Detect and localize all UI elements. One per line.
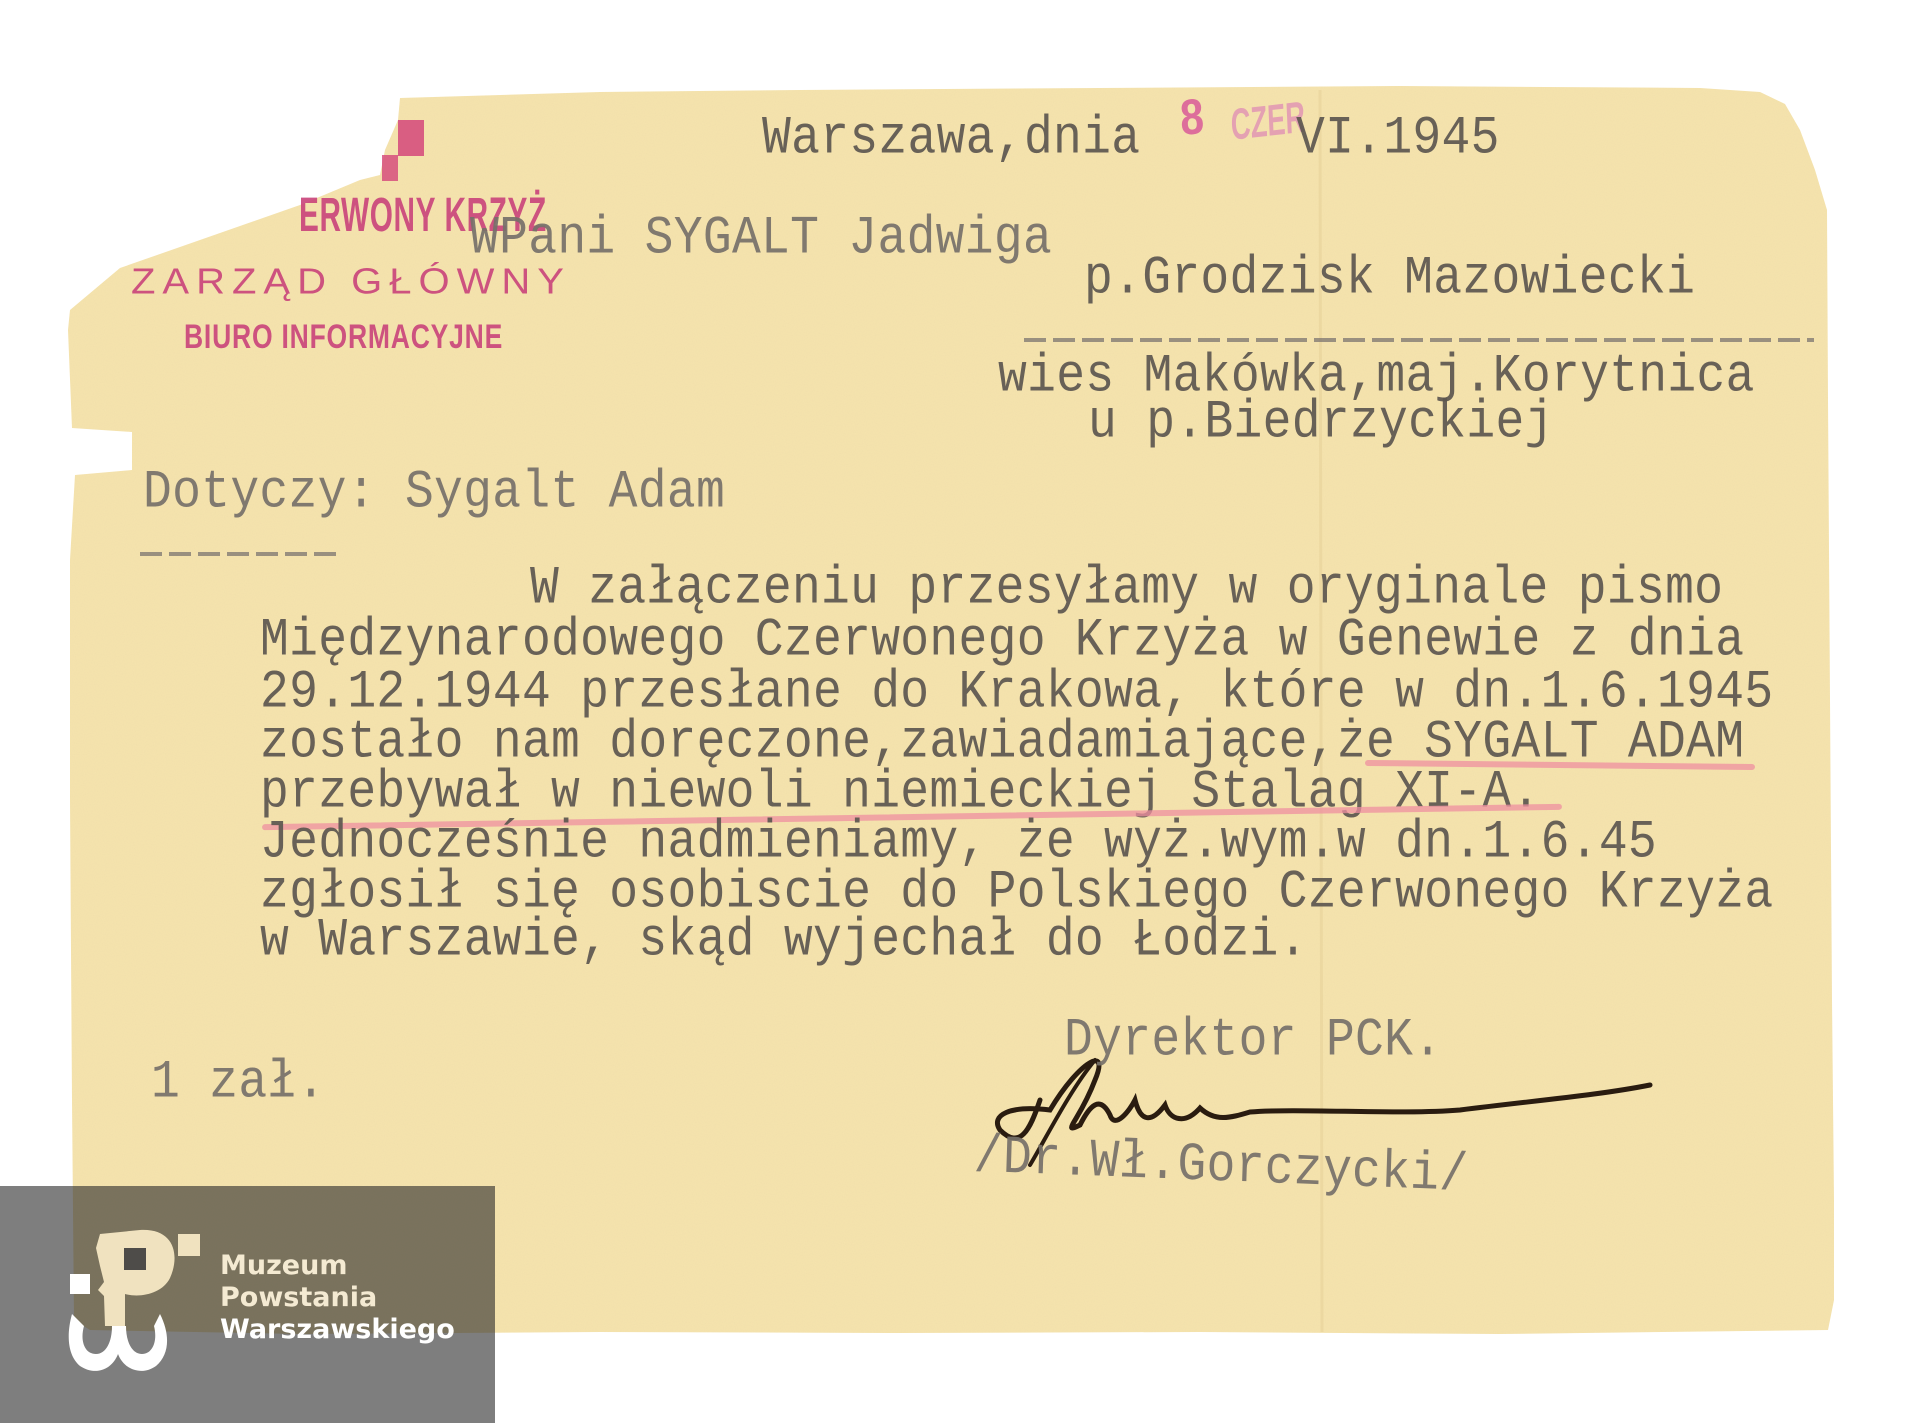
stamp-biuro-informacyjne: BIURO INFORMACYJNE bbox=[184, 320, 503, 354]
museum-name: Muzeum Powstania Warszawskiego bbox=[220, 1250, 455, 1346]
recipient-name: WPani SYGALT Jadwiga bbox=[470, 212, 1052, 266]
subject-line: Dotyczy: Sygalt Adam bbox=[143, 466, 725, 520]
body-line-1: W załączeniu przesyłamy w oryginale pism… bbox=[530, 562, 1723, 616]
red-cross-fragment bbox=[398, 120, 424, 156]
date-stamp-month: CZER bbox=[1230, 96, 1306, 148]
recipient-post: p.Grodzisk Mazowiecki bbox=[1084, 252, 1695, 306]
museum-name-line3: Warszawskiego bbox=[220, 1314, 455, 1346]
museum-name-line2: Powstania bbox=[220, 1282, 455, 1314]
body-line-8: w Warszawie, skąd wyjechał do Łodzi. bbox=[260, 914, 1308, 968]
subject-underline bbox=[140, 552, 340, 556]
signature-title: Dyrektor PCK. bbox=[1064, 1014, 1442, 1068]
enclosure-note: 1 zał. bbox=[151, 1056, 326, 1110]
body-line-2: Międzynarodowego Czerwonego Krzyża w Gen… bbox=[260, 614, 1744, 668]
museum-name-line1: Muzeum bbox=[220, 1250, 455, 1282]
address-divider bbox=[1024, 338, 1814, 342]
typed-date: VI.1945 bbox=[1296, 112, 1500, 166]
stamp-zarzad-glowny: ZARZĄD GŁÓWNY bbox=[131, 264, 571, 300]
place-date-label: Warszawa,dnia bbox=[762, 112, 1140, 166]
date-stamp-day: 8 bbox=[1179, 91, 1206, 143]
recipient-address-line2: u p.Biedrzyckiej bbox=[1088, 396, 1554, 450]
